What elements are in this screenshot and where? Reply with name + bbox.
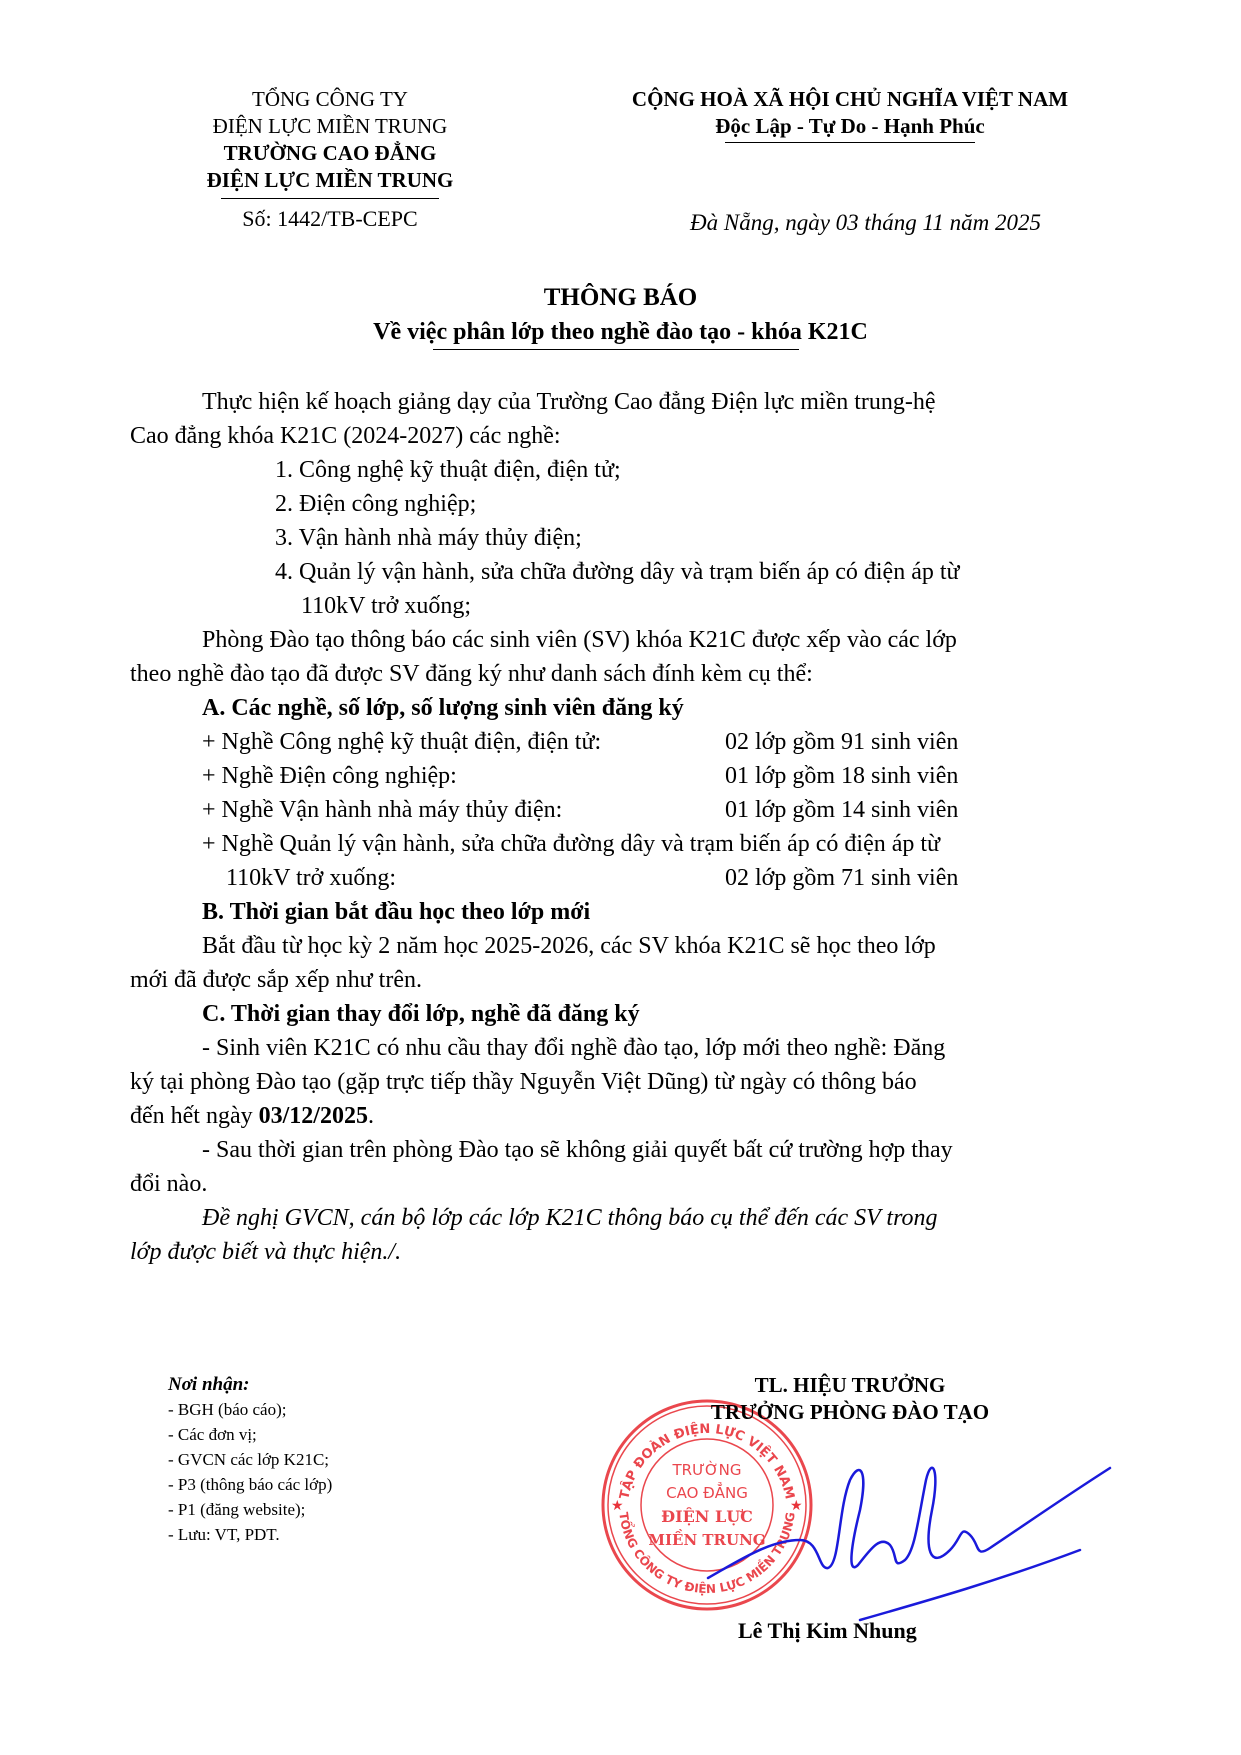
section-b-heading: B. Thời gian bắt đầu học theo lớp mới (130, 895, 1118, 929)
notice-line-2: theo nghề đào tạo đã được SV đăng ký như… (130, 657, 1118, 691)
national-motto-block: CỘNG HOÀ XÃ HỘI CHỦ NGHĨA VIỆT NAM Độc L… (585, 86, 1115, 143)
section-b-text-2: mới đã được sắp xếp như trên. (130, 963, 1118, 997)
signatory-line1: TL. HIỆU TRƯỞNG (610, 1372, 1090, 1399)
header-left-underline (221, 198, 439, 199)
profession-item: 4. Quản lý vận hành, sửa chữa đường dây … (130, 555, 1118, 589)
document-date: Đà Nẵng, ngày 03 tháng 11 năm 2025 (690, 210, 1041, 236)
class-allocation-row: + Nghề Quản lý vận hành, sửa chữa đường … (130, 827, 1118, 861)
profession-item: 2. Điện công nghiệp; (130, 487, 1118, 521)
class-allocation-row: + Nghề Điện công nghiệp: 01 lớp gồm 18 s… (130, 759, 1118, 793)
school-name-line2: ĐIỆN LỰC MIỀN TRUNG (170, 167, 490, 194)
section-c-p1-line2: ký tại phòng Đào tạo (gặp trực tiếp thầy… (130, 1065, 1118, 1099)
closing-line-2: lớp được biết và thực hiện./. (130, 1235, 1118, 1269)
country-name: CỘNG HOÀ XÃ HỘI CHỦ NGHĨA VIỆT NAM (585, 86, 1115, 113)
parent-org-line2: ĐIỆN LỰC MIỀN TRUNG (170, 113, 490, 140)
page-title: THÔNG BÁO (0, 281, 1241, 315)
recipient-item: - P1 (đăng website); (168, 1497, 332, 1522)
motto: Độc Lập - Tự Do - Hạnh Phúc (585, 113, 1115, 140)
document-subject: Về việc phân lớp theo nghề đào tạo - khó… (0, 315, 1241, 349)
document-title-block: THÔNG BÁO Về việc phân lớp theo nghề đào… (0, 281, 1241, 350)
recipient-item: - P3 (thông báo các lớp) (168, 1472, 332, 1497)
recipients-block: Nơi nhận: - BGH (báo cáo); - Các đơn vị;… (168, 1372, 332, 1547)
class-count: 02 lớp gồm 91 sinh viên (725, 725, 958, 759)
document-number: Số: 1442/TB-CEPC (170, 205, 490, 232)
parent-org-line1: TỔNG CÔNG TY (170, 86, 490, 113)
class-count: 02 lớp gồm 71 sinh viên (725, 861, 958, 895)
class-allocation-row: + Nghề Công nghệ kỹ thuật điện, điện tử:… (130, 725, 1118, 759)
recipients-heading: Nơi nhận: (168, 1372, 332, 1397)
deadline-prefix: đến hết ngày (130, 1103, 259, 1129)
class-count: 01 lớp gồm 14 sinh viên (725, 793, 958, 827)
title-underline (433, 349, 799, 350)
signatory-line2: TRƯỞNG PHÒNG ĐÀO TẠO (610, 1399, 1090, 1426)
section-c-heading: C. Thời gian thay đổi lớp, nghề đã đăng … (130, 997, 1118, 1031)
section-c-p1-line1: - Sinh viên K21C có nhu cầu thay đổi ngh… (130, 1031, 1118, 1065)
recipient-item: - Các đơn vị; (168, 1422, 332, 1447)
issuing-authority-block: TỔNG CÔNG TY ĐIỆN LỰC MIỀN TRUNG TRƯỜNG … (170, 86, 490, 232)
class-count: 01 lớp gồm 18 sinh viên (725, 759, 958, 793)
document-body: Thực hiện kế hoạch giảng dạy của Trường … (130, 385, 1118, 1269)
signatory-title-block: TL. HIỆU TRƯỞNG TRƯỞNG PHÒNG ĐÀO TẠO (610, 1372, 1090, 1426)
profession-label: + Nghề Công nghệ kỹ thuật điện, điện tử: (202, 725, 725, 759)
profession-item: 1. Công nghệ kỹ thuật điện, điện tử; (130, 453, 1118, 487)
recipient-item: - GVCN các lớp K21C; (168, 1447, 332, 1472)
section-c-p2-line2: đổi nào. (130, 1167, 1118, 1201)
section-c-p1-line3: đến hết ngày 03/12/2025. (130, 1099, 1118, 1133)
intro-line-1: Thực hiện kế hoạch giảng dạy của Trường … (130, 385, 1118, 419)
recipient-item: - BGH (báo cáo); (168, 1397, 332, 1422)
class-allocation-row-continued: 110kV trở xuống: 02 lớp gồm 71 sinh viên (130, 861, 1118, 895)
section-b-text-1: Bắt đầu từ học kỳ 2 năm học 2025-2026, c… (130, 929, 1118, 963)
profession-label: + Nghề Quản lý vận hành, sửa chữa đường … (202, 827, 940, 861)
intro-line-2: Cao đẳng khóa K21C (2024-2027) các nghề: (130, 419, 1118, 453)
star-icon: ★ (611, 1499, 624, 1514)
signatory-name: Lê Thị Kim Nhung (738, 1618, 917, 1644)
section-a-heading: A. Các nghề, số lớp, số lượng sinh viên … (130, 691, 1118, 725)
handwritten-signature (700, 1440, 1120, 1630)
notice-line-1: Phòng Đào tạo thông báo các sinh viên (S… (130, 623, 1118, 657)
deadline-suffix: . (368, 1103, 374, 1129)
profession-label: + Nghề Điện công nghiệp: (202, 759, 725, 793)
class-allocation-row: + Nghề Vận hành nhà máy thủy điện: 01 lớ… (130, 793, 1118, 827)
profession-label: 110kV trở xuống: (202, 861, 725, 895)
deadline-date: 03/12/2025 (259, 1103, 368, 1129)
school-name-line1: TRƯỜNG CAO ĐẲNG (170, 140, 490, 167)
motto-underline (725, 142, 975, 143)
closing-line-1: Đề nghị GVCN, cán bộ lớp các lớp K21C th… (130, 1201, 1118, 1235)
recipient-item: - Lưu: VT, PDT. (168, 1522, 332, 1547)
profession-item-continued: 110kV trở xuống; (130, 589, 1118, 623)
profession-item: 3. Vận hành nhà máy thủy điện; (130, 521, 1118, 555)
section-c-p2-line1: - Sau thời gian trên phòng Đào tạo sẽ kh… (130, 1133, 1118, 1167)
profession-label: + Nghề Vận hành nhà máy thủy điện: (202, 793, 725, 827)
